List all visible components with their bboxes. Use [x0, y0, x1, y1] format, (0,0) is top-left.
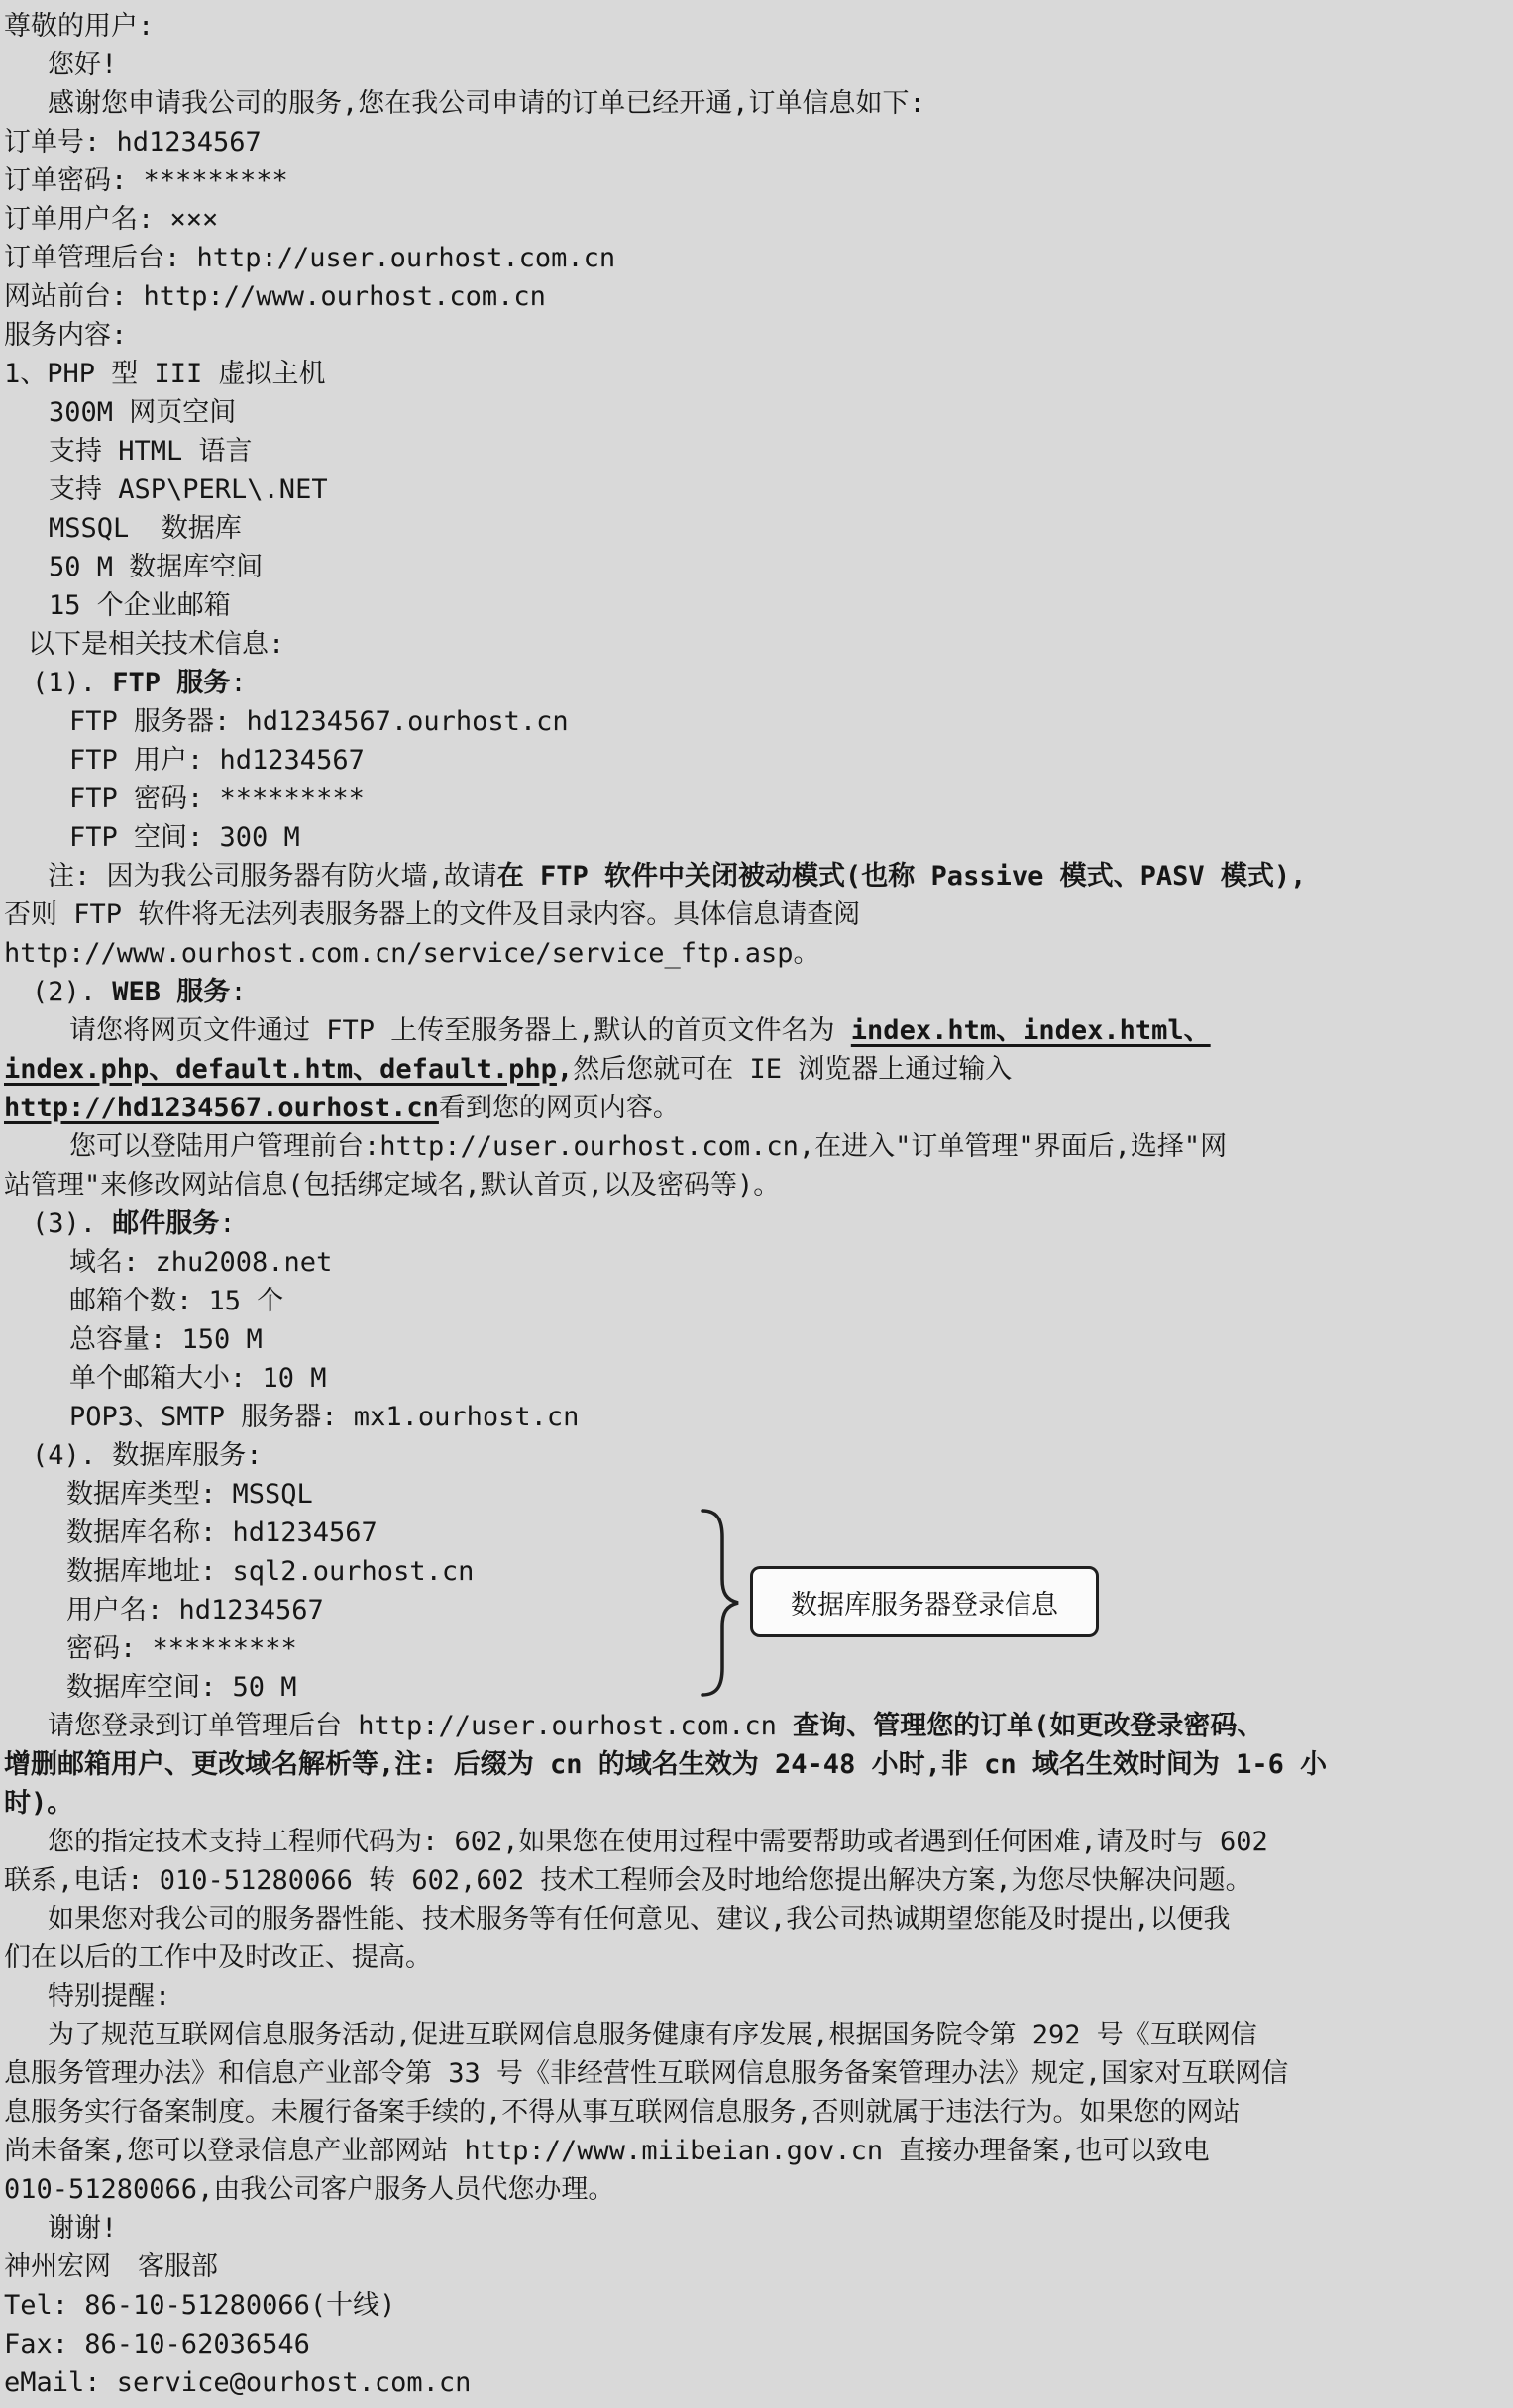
text-line: 特别提醒:	[0, 1977, 1513, 2016]
text-segment: 用户名: hd1234567	[66, 1595, 324, 1625]
text-segment: 尊敬的用户:	[4, 11, 154, 42]
text-line: 订单管理后台: http://user.ourhost.com.cn	[0, 239, 1513, 277]
text-segment: 如果您对我公司的服务器性能、技术服务等有任何意见、建议,我公司热诚期望您能及时提…	[48, 1904, 1231, 1935]
text-line: eMail: service@ourhost.com.cn	[0, 2363, 1513, 2402]
text-segment: POP3、SMTP 服务器: mx1.ourhost.cn	[69, 1402, 579, 1432]
text-segment: 密码: *********	[66, 1633, 297, 1664]
text-line: 15 个企业邮箱	[0, 586, 1513, 625]
text-segment: 数据库名称: hd1234567	[66, 1518, 378, 1548]
text-segment: eMail: service@ourhost.com.cn	[4, 2367, 471, 2398]
text-segment: 订单号: hd1234567	[4, 127, 262, 157]
text-segment: 注: 因为我公司服务器有防火墙,故请	[48, 861, 497, 891]
text-segment: 在 FTP 软件中关闭被动模式(也称 Passive 模式、PASV 模式),	[497, 861, 1307, 891]
text-segment: 单个邮箱大小: 10 M	[69, 1363, 327, 1394]
text-segment: http://hd1234567.ourhost.cn	[4, 1093, 439, 1123]
text-line: 请您将网页文件通过 FTP 上传至服务器上,默认的首页文件名为 index.ht…	[0, 1011, 1513, 1050]
text-segment: 以下是相关技术信息:	[28, 629, 284, 660]
text-segment: 订单密码: *********	[4, 165, 288, 196]
text-line: 您的指定技术支持工程师代码为: 602,如果您在使用过程中需要帮助或者遇到任何困…	[0, 1823, 1513, 1861]
text-segment: 支持 ASP\PERL\.NET	[49, 474, 328, 505]
text-line: FTP 用户: hd1234567	[0, 741, 1513, 780]
text-line: 站管理"来修改网站信息(包括绑定域名,默认首页,以及密码等)。	[0, 1166, 1513, 1204]
text-line: 们在以后的工作中及时改正、提高。	[0, 1938, 1513, 1977]
callout-label: 数据库服务器登录信息	[791, 1583, 1058, 1622]
text-segment: FTP 密码: *********	[69, 784, 365, 814]
text-line: 增删邮箱用户、更改域名解析等,注: 后缀为 cn 的域名生效为 24-48 小时…	[0, 1745, 1513, 1784]
text-line: 时)。	[0, 1784, 1513, 1823]
text-segment: 否则 FTP 软件将无法列表服务器上的文件及目录内容。具体信息请查阅	[4, 899, 860, 930]
text-line: 谢谢!	[0, 2209, 1513, 2248]
text-segment: 神州宏网 客服部	[4, 2251, 218, 2282]
text-line: http://www.ourhost.com.cn/service/servic…	[0, 934, 1513, 973]
text-segment: 订单管理后台: http://user.ourhost.com.cn	[4, 243, 615, 273]
text-segment: 为了规范互联网信息服务活动,促进互联网信息服务健康有序发展,根据国务院令第 29…	[48, 2020, 1257, 2050]
text-segment: FTP 服务	[112, 668, 230, 698]
text-line: POP3、SMTP 服务器: mx1.ourhost.cn	[0, 1398, 1513, 1436]
text-segment: (2).	[32, 977, 112, 1007]
text-segment: (1).	[32, 668, 112, 698]
text-line: 注: 因为我公司服务器有防火墙,故请在 FTP 软件中关闭被动模式(也称 Pas…	[0, 857, 1513, 895]
text-segment: 50 M 数据库空间	[49, 552, 263, 582]
text-line: 您好!	[0, 46, 1513, 84]
database-login-callout: 数据库服务器登录信息	[750, 1566, 1099, 1637]
text-segment: 增删邮箱用户、更改域名解析等,注: 后缀为 cn 的域名生效为 24-48 小时…	[4, 1749, 1327, 1780]
text-segment: :	[230, 668, 246, 698]
document-body: 尊敬的用户:您好!感谢您申请我公司的服务,您在我公司申请的订单已经开通,订单信息…	[0, 7, 1513, 2402]
text-segment: 数据库空间: 50 M	[66, 1672, 297, 1703]
text-segment: 支持 HTML 语言	[49, 436, 253, 467]
text-segment: :	[230, 977, 246, 1007]
text-segment: 谢谢!	[48, 2213, 117, 2244]
text-segment: 数据库地址: sql2.ourhost.cn	[66, 1556, 474, 1587]
text-line: 为了规范互联网信息服务活动,促进互联网信息服务健康有序发展,根据国务院令第 29…	[0, 2016, 1513, 2054]
text-segment: index.htm、index.html、	[851, 1015, 1211, 1046]
text-segment: 您的指定技术支持工程师代码为: 602,如果您在使用过程中需要帮助或者遇到任何困…	[48, 1827, 1268, 1857]
text-segment: Fax: 86-10-62036546	[4, 2329, 310, 2359]
text-segment: 1、PHP 型 III 虚拟主机	[4, 359, 326, 389]
text-line: 数据库空间: 50 M	[0, 1668, 1513, 1707]
text-line: 支持 HTML 语言	[0, 432, 1513, 471]
text-segment: 特别提醒:	[48, 1981, 170, 2012]
text-line: FTP 空间: 300 M	[0, 818, 1513, 857]
text-line: index.php、default.htm、default.php,然后您就可在…	[0, 1050, 1513, 1089]
text-line: 域名: zhu2008.net	[0, 1243, 1513, 1282]
text-segment: 查询、管理您的订单(如更改登录密码、	[793, 1711, 1263, 1741]
text-segment: index.php、default.htm、default.php	[4, 1054, 557, 1085]
text-segment: 请您登录到订单管理后台 http://user.ourhost.com.cn	[48, 1711, 793, 1741]
text-line: 以下是相关技术信息:	[0, 625, 1513, 664]
text-line: Tel: 86-10-51280066(十线)	[0, 2286, 1513, 2325]
text-line: http://hd1234567.ourhost.cn看到您的网页内容。	[0, 1089, 1513, 1127]
text-line: (3). 邮件服务:	[0, 1204, 1513, 1243]
text-line: 尊敬的用户:	[0, 7, 1513, 46]
text-line: 息服务实行备案制度。未履行备案手续的,不得从事互联网信息服务,否则就属于违法行为…	[0, 2093, 1513, 2132]
text-segment: 尚未备案,您可以登录信息产业部网站 http://www.miibeian.go…	[4, 2136, 1210, 2166]
text-segment: (4). 数据库服务:	[32, 1440, 263, 1471]
text-segment: 您可以登陆用户管理前台:http://user.ourhost.com.cn,在…	[69, 1131, 1227, 1162]
text-line: 邮箱个数: 15 个	[0, 1282, 1513, 1320]
text-line: 尚未备案,您可以登录信息产业部网站 http://www.miibeian.go…	[0, 2132, 1513, 2170]
text-line: 50 M 数据库空间	[0, 548, 1513, 586]
text-line: 订单用户名: ×××	[0, 200, 1513, 239]
text-segment: 息服务管理办法》和信息产业部令第 33 号《非经营性互联网信息服务备案管理办法》…	[4, 2058, 1288, 2089]
text-segment: 15 个企业邮箱	[49, 590, 231, 621]
text-segment: FTP 服务器: hd1234567.ourhost.cn	[69, 706, 569, 737]
text-line: 数据库名称: hd1234567	[0, 1514, 1513, 1552]
text-line: 服务内容:	[0, 316, 1513, 355]
text-segment: 010-51280066,由我公司客户服务人员代您办理。	[4, 2174, 614, 2205]
text-segment: http://www.ourhost.com.cn/service/servic…	[4, 938, 820, 969]
text-segment: 您好!	[48, 50, 117, 80]
text-segment: 感谢您申请我公司的服务,您在我公司申请的订单已经开通,订单信息如下:	[48, 88, 925, 119]
text-segment: 总容量: 150 M	[69, 1324, 263, 1355]
text-segment: 看到您的网页内容。	[439, 1093, 680, 1123]
text-line: 300M 网页空间	[0, 393, 1513, 432]
text-line: 支持 ASP\PERL\.NET	[0, 471, 1513, 509]
text-line: 联系,电话: 010-51280066 转 602,602 技术工程师会及时地给…	[0, 1861, 1513, 1900]
text-segment: 邮箱个数: 15 个	[69, 1286, 283, 1316]
text-segment: FTP 用户: hd1234567	[69, 745, 365, 776]
text-segment: 邮件服务	[112, 1208, 219, 1239]
text-line: 数据库类型: MSSQL	[0, 1475, 1513, 1514]
text-line: 息服务管理办法》和信息产业部令第 33 号《非经营性互联网信息服务备案管理办法》…	[0, 2054, 1513, 2093]
text-line: 010-51280066,由我公司客户服务人员代您办理。	[0, 2170, 1513, 2209]
text-segment: 300M 网页空间	[49, 397, 236, 428]
text-line: 网站前台: http://www.ourhost.com.cn	[0, 277, 1513, 316]
text-line: (2). WEB 服务:	[0, 973, 1513, 1011]
text-line: 总容量: 150 M	[0, 1320, 1513, 1359]
text-segment: ,	[557, 1054, 573, 1085]
text-line: FTP 服务器: hd1234567.ourhost.cn	[0, 702, 1513, 741]
text-segment: (3).	[32, 1208, 112, 1239]
text-line: 您可以登陆用户管理前台:http://user.ourhost.com.cn,在…	[0, 1127, 1513, 1166]
text-line: 神州宏网 客服部	[0, 2248, 1513, 2286]
text-line: 订单密码: *********	[0, 161, 1513, 200]
text-segment: 们在以后的工作中及时改正、提高。	[4, 1942, 432, 1973]
text-line: 感谢您申请我公司的服务,您在我公司申请的订单已经开通,订单信息如下:	[0, 84, 1513, 123]
text-line: (4). 数据库服务:	[0, 1436, 1513, 1475]
text-line: 单个邮箱大小: 10 M	[0, 1359, 1513, 1398]
text-line: (1). FTP 服务:	[0, 664, 1513, 702]
text-line: Fax: 86-10-62036546	[0, 2325, 1513, 2363]
text-line: 如果您对我公司的服务器性能、技术服务等有任何意见、建议,我公司热诚期望您能及时提…	[0, 1900, 1513, 1938]
text-segment: 服务内容:	[4, 320, 127, 351]
text-segment: 网站前台: http://www.ourhost.com.cn	[4, 281, 546, 312]
text-segment: 息服务实行备案制度。未履行备案手续的,不得从事互联网信息服务,否则就属于违法行为…	[4, 2097, 1241, 2128]
text-segment: 订单用户名: ×××	[4, 204, 218, 235]
text-segment: MSSQL 数据库	[49, 513, 242, 544]
text-segment: :	[219, 1208, 235, 1239]
text-segment: 请您将网页文件通过 FTP 上传至服务器上,默认的首页文件名为	[69, 1015, 851, 1046]
text-line: 否则 FTP 软件将无法列表服务器上的文件及目录内容。具体信息请查阅	[0, 895, 1513, 934]
text-line: 订单号: hd1234567	[0, 123, 1513, 161]
text-segment: 数据库类型: MSSQL	[66, 1479, 313, 1510]
text-segment: FTP 空间: 300 M	[69, 822, 300, 853]
text-line: 1、PHP 型 III 虚拟主机	[0, 355, 1513, 393]
text-segment: 联系,电话: 010-51280066 转 602,602 技术工程师会及时地给…	[4, 1865, 1252, 1896]
text-segment: 域名: zhu2008.net	[69, 1247, 332, 1278]
text-line: FTP 密码: *********	[0, 780, 1513, 818]
text-line: 请您登录到订单管理后台 http://user.ourhost.com.cn 查…	[0, 1707, 1513, 1745]
text-segment: Tel: 86-10-51280066(十线)	[4, 2290, 395, 2321]
text-segment: 时)。	[4, 1788, 73, 1819]
text-segment: 站管理"来修改网站信息(包括绑定域名,默认首页,以及密码等)。	[4, 1170, 780, 1201]
curly-brace-icon	[697, 1508, 744, 1698]
document-page: 尊敬的用户:您好!感谢您申请我公司的服务,您在我公司申请的订单已经开通,订单信息…	[0, 0, 1513, 2408]
text-segment: WEB 服务	[112, 977, 230, 1007]
text-line: MSSQL 数据库	[0, 509, 1513, 548]
text-segment: 然后您就可在 IE 浏览器上通过输入	[573, 1054, 1012, 1085]
